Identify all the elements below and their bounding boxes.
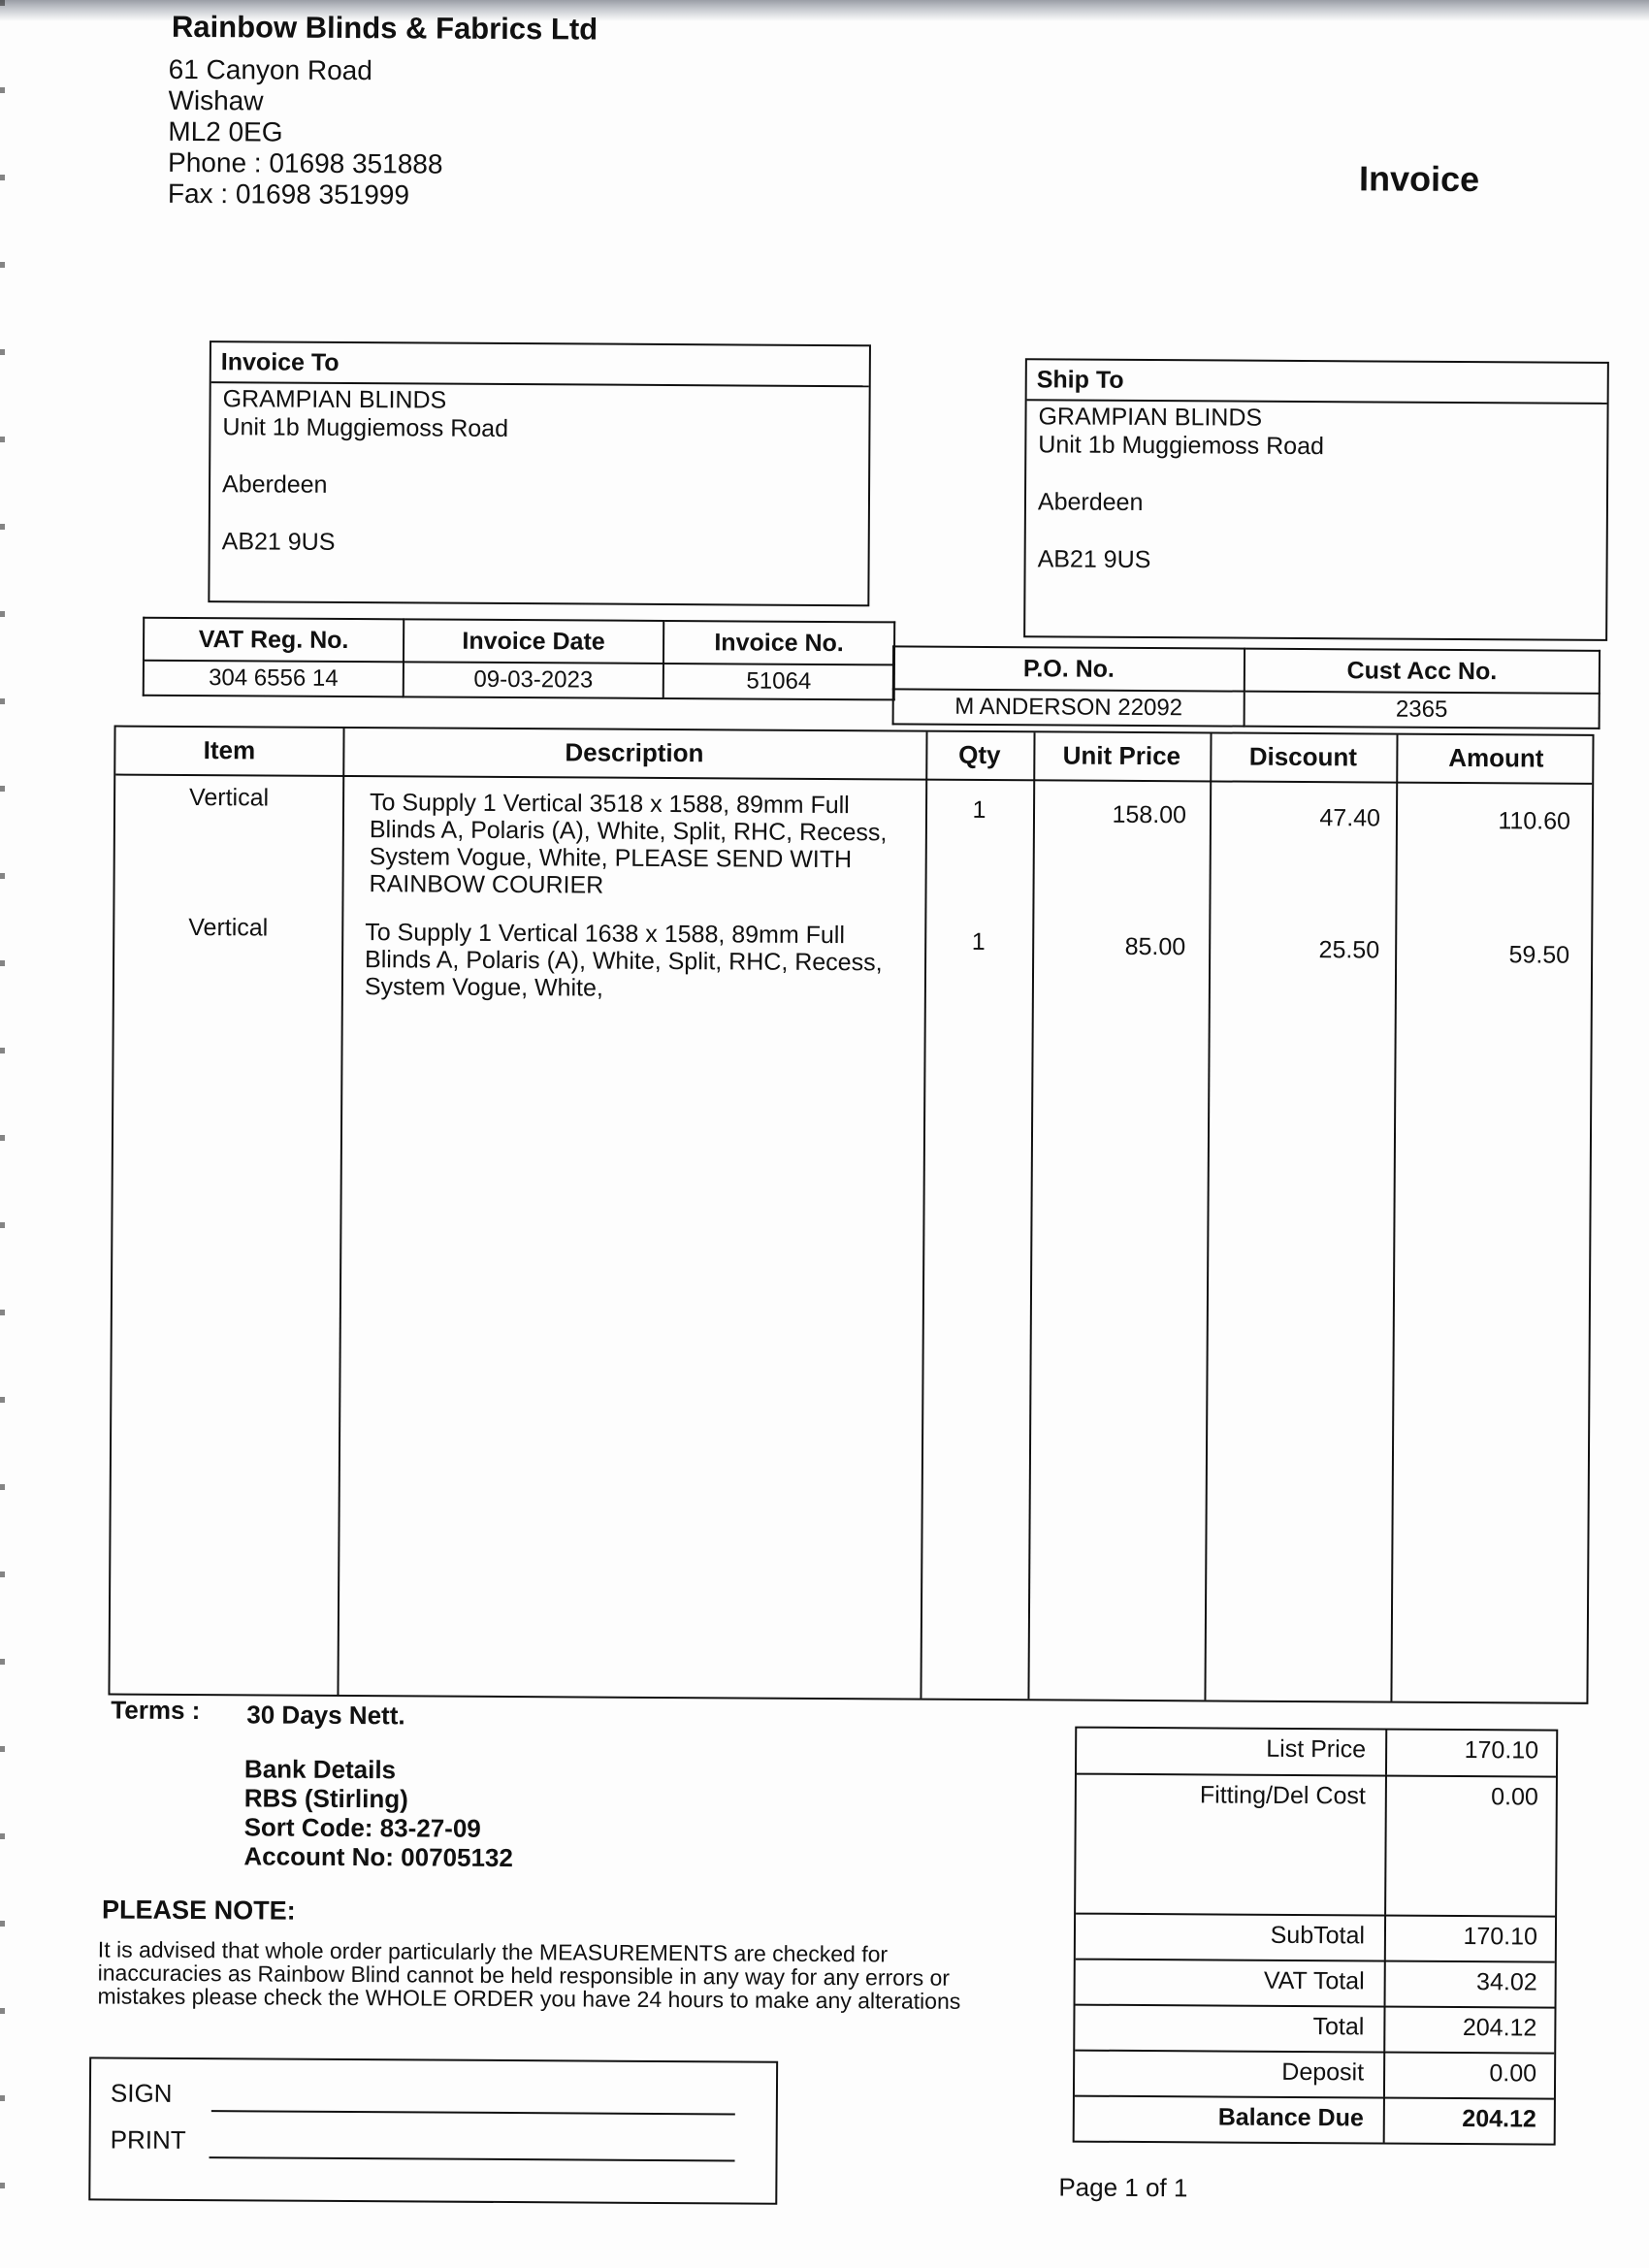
totals-row-subtotal: SubTotal 170.10 xyxy=(1076,1913,1555,1961)
row-unit-price: 158.00 xyxy=(1033,800,1186,828)
invoice-to-city: Aberdeen xyxy=(222,470,868,502)
totals-row-fitting: Fitting/Del Cost 0.00 xyxy=(1076,1773,1556,1916)
invoice-date-value: 09-03-2023 xyxy=(404,662,663,698)
signature-box: SIGN PRINT xyxy=(88,2057,778,2204)
bank-account-no: Account No: 00705132 xyxy=(243,1841,513,1872)
sign-line[interactable] xyxy=(211,2110,735,2115)
totals-row-list-price: List Price 170.10 xyxy=(1077,1729,1556,1776)
company-street: 61 Canyon Road xyxy=(169,54,444,87)
ship-to-box: Ship To GRAMPIAN BLINDS Unit 1b Muggiemo… xyxy=(1023,358,1609,641)
row-item: Vertical xyxy=(114,914,341,942)
page-indicator: Page 1 of 1 xyxy=(1058,2172,1187,2203)
invoice-to-box: Invoice To GRAMPIAN BLINDS Unit 1b Muggi… xyxy=(208,340,871,606)
terms-label: Terms : xyxy=(111,1696,200,1727)
totals-row-vat: VAT Total 34.02 xyxy=(1076,1959,1555,2007)
header-qty: Qty xyxy=(925,740,1033,771)
invoice-to-postcode: AB21 9US xyxy=(222,528,868,560)
print-label: PRINT xyxy=(111,2125,186,2155)
line-items-table: Item Description Qty Unit Price Discount… xyxy=(108,726,1594,1704)
totals-table: List Price 170.10 Fitting/Del Cost 0.00 … xyxy=(1073,1727,1559,2146)
row-item: Vertical xyxy=(115,784,342,812)
row-amount: 59.50 xyxy=(1395,941,1569,969)
invoice-no-value: 51064 xyxy=(663,664,894,699)
header-discount: Discount xyxy=(1210,741,1396,772)
bank-sort-code: Sort Code: 83-27-09 xyxy=(244,1812,514,1843)
po-label: P.O. No. xyxy=(893,646,1245,691)
company-postcode: ML2 0EG xyxy=(168,116,443,149)
invoice-meta-left: VAT Reg. No. Invoice Date Invoice No. 30… xyxy=(143,617,895,701)
row-discount: 25.50 xyxy=(1209,935,1379,963)
row-unit-price: 85.00 xyxy=(1032,932,1185,960)
company-name: Rainbow Blinds & Fabrics Ltd xyxy=(172,10,598,48)
invoice-meta-right: P.O. No. Cust Acc No. M ANDERSON 22092 2… xyxy=(892,645,1600,729)
row-qty: 1 xyxy=(924,928,1032,956)
row-discount: 47.40 xyxy=(1210,803,1380,831)
totals-row-balance-due: Balance Due 204.12 xyxy=(1075,2095,1554,2144)
ship-to-city: Aberdeen xyxy=(1038,488,1606,520)
cust-acc-label: Cust Acc No. xyxy=(1245,649,1600,694)
bank-details: Bank Details RBS (Stirling) Sort Code: 8… xyxy=(243,1754,513,1872)
company-address: 61 Canyon Road Wishaw ML2 0EG Phone : 01… xyxy=(168,54,443,211)
vat-reg-value: 304 6556 14 xyxy=(144,661,404,697)
row-description: To Supply 1 Vertical 3518 x 1588, 89mm F… xyxy=(369,789,922,900)
bank-name: RBS (Stirling) xyxy=(244,1783,514,1814)
totals-row-total: Total 204.12 xyxy=(1075,2004,1554,2053)
invoice-to-name: GRAMPIAN BLINDS xyxy=(223,385,869,417)
vat-reg-label: VAT Reg. No. xyxy=(144,618,404,663)
row-qty: 1 xyxy=(925,796,1033,825)
bank-title: Bank Details xyxy=(244,1754,514,1785)
terms-value: 30 Days Nett. xyxy=(246,1700,404,1731)
totals-row-deposit: Deposit 0.00 xyxy=(1075,2050,1554,2098)
ship-to-name: GRAMPIAN BLINDS xyxy=(1038,403,1606,435)
invoice-no-label: Invoice No. xyxy=(663,621,894,664)
header-item: Item xyxy=(115,735,342,766)
table-row: Vertical To Supply 1 Vertical 3518 x 158… xyxy=(116,728,1593,736)
cust-acc-value: 2365 xyxy=(1245,692,1600,729)
row-amount: 110.60 xyxy=(1396,807,1570,835)
company-phone: Phone : 01698 351888 xyxy=(168,147,443,180)
header-unit-price: Unit Price xyxy=(1033,740,1210,771)
sign-label: SIGN xyxy=(111,2079,173,2109)
ship-to-label: Ship To xyxy=(1027,360,1607,405)
note-text: It is advised that whole order particula… xyxy=(97,1937,1028,2013)
note-title: PLEASE NOTE: xyxy=(102,1895,296,1926)
row-description: To Supply 1 Vertical 1638 x 1588, 89mm F… xyxy=(365,919,922,1004)
company-town: Wishaw xyxy=(168,85,443,118)
header-amount: Amount xyxy=(1396,743,1596,774)
invoice-page: Rainbow Blinds & Fabrics Ltd 61 Canyon R… xyxy=(0,0,1649,2268)
company-fax: Fax : 01698 351999 xyxy=(168,178,443,211)
print-line[interactable] xyxy=(210,2156,735,2161)
table-row: Vertical To Supply 1 Vertical 1638 x 158… xyxy=(116,728,1593,736)
header-description: Description xyxy=(342,736,925,770)
document-title: Invoice xyxy=(1359,158,1479,200)
po-value: M ANDERSON 22092 xyxy=(893,689,1245,726)
ship-to-postcode: AB21 9US xyxy=(1038,545,1606,577)
invoice-to-street: Unit 1b Muggiemoss Road xyxy=(222,413,868,445)
ship-to-street: Unit 1b Muggiemoss Road xyxy=(1038,431,1606,463)
invoice-date-label: Invoice Date xyxy=(404,619,663,664)
invoice-to-label: Invoice To xyxy=(211,342,869,387)
